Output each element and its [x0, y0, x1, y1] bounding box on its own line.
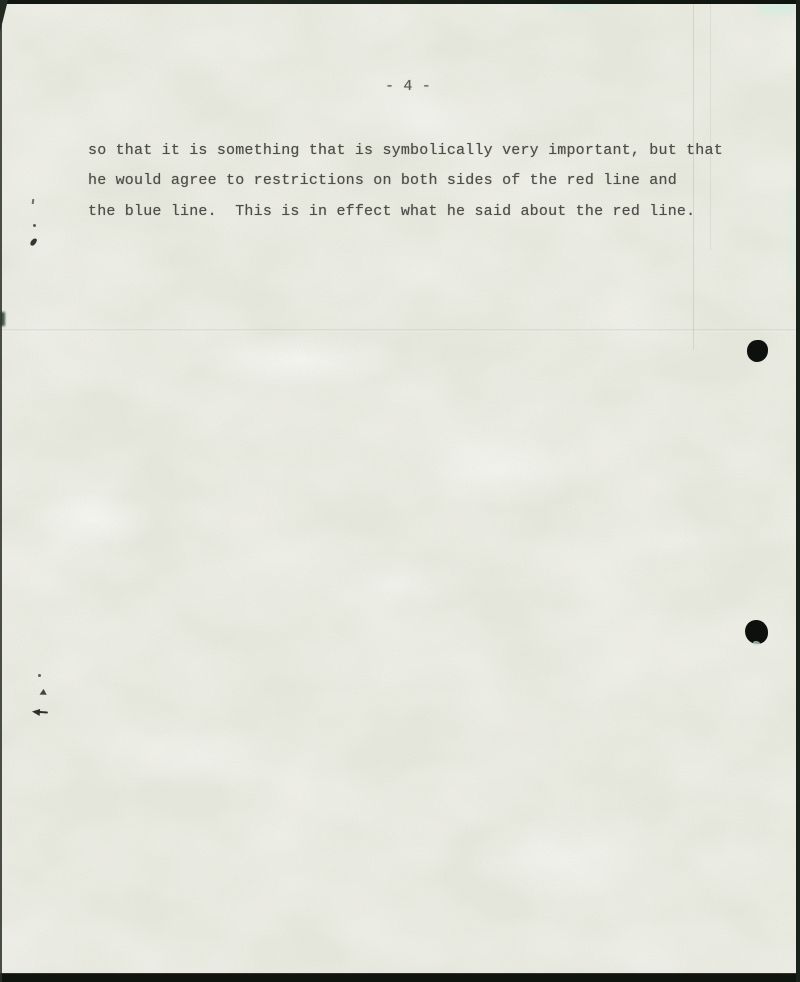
scan-color-artifact	[758, 0, 794, 14]
pen-mark-arrow	[32, 706, 49, 715]
scan-color-artifact	[552, 0, 600, 9]
scan-edge-right	[796, 0, 800, 982]
typed-line: so that it is something that is symbolic…	[88, 142, 723, 159]
typed-line: the blue line. This is in effect what he…	[88, 203, 695, 220]
pen-mark-dot	[38, 674, 41, 677]
hole-punch-bottom	[745, 620, 768, 644]
pen-mark-tick	[32, 199, 35, 204]
scan-edge-bottom	[0, 973, 800, 982]
scan-edge-left	[0, 0, 2, 982]
scan-color-artifact	[788, 190, 797, 280]
pen-mark-dot	[33, 224, 36, 227]
scan-edge-corner	[0, 0, 8, 32]
scan-color-artifact	[0, 312, 5, 326]
typed-line: he would agree to restrictions on both s…	[88, 172, 677, 189]
scan-streak	[693, 0, 694, 350]
page-number: - 4 -	[385, 78, 431, 95]
pen-mark-caret	[40, 689, 49, 698]
fold-crease	[0, 329, 800, 332]
scan-streak	[710, 0, 711, 250]
scanned-document-page: - 4 - so that it is something that is sy…	[0, 0, 800, 982]
hole-punch-top	[747, 340, 768, 362]
pen-mark-comma	[30, 237, 38, 246]
scan-edge-top	[0, 0, 800, 4]
